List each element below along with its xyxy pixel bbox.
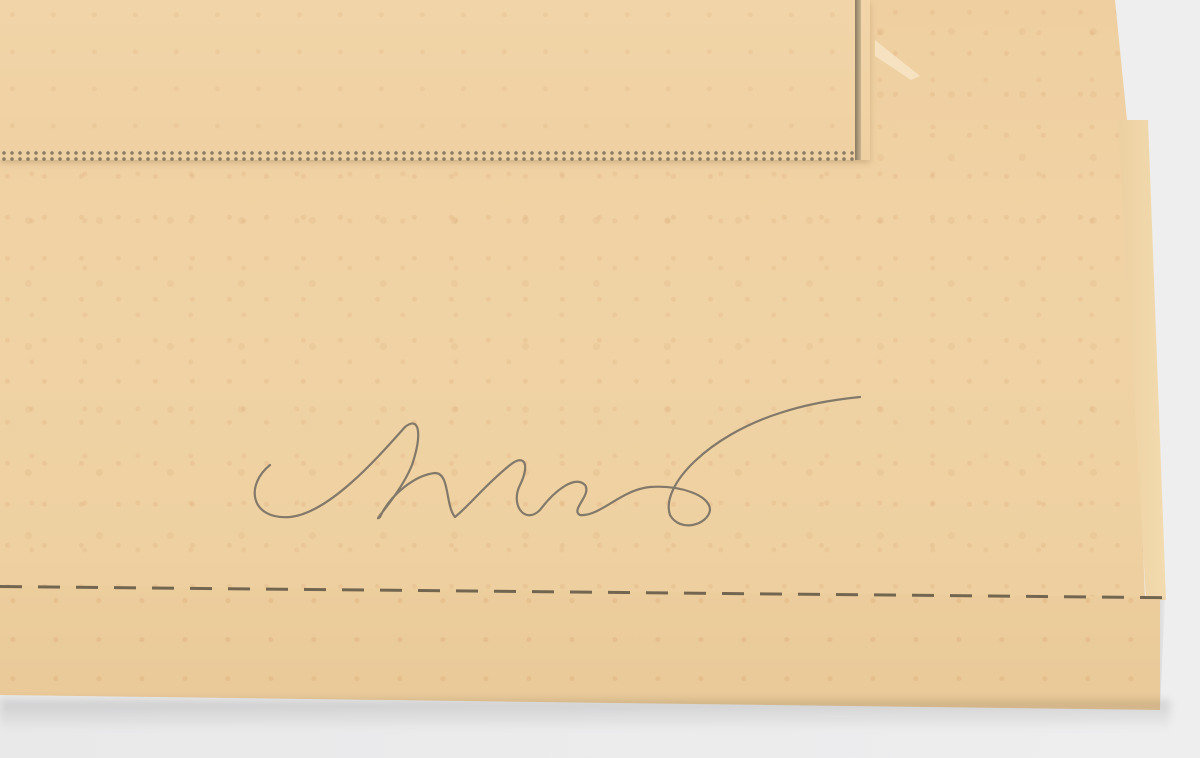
pencil-signature bbox=[240, 395, 880, 555]
panel-perforated-edge bbox=[0, 150, 855, 162]
panel-side-edge bbox=[855, 0, 861, 160]
box-shadow bbox=[0, 700, 1170, 730]
box-front-face bbox=[0, 585, 1160, 710]
raised-cardboard-panel bbox=[0, 0, 870, 160]
